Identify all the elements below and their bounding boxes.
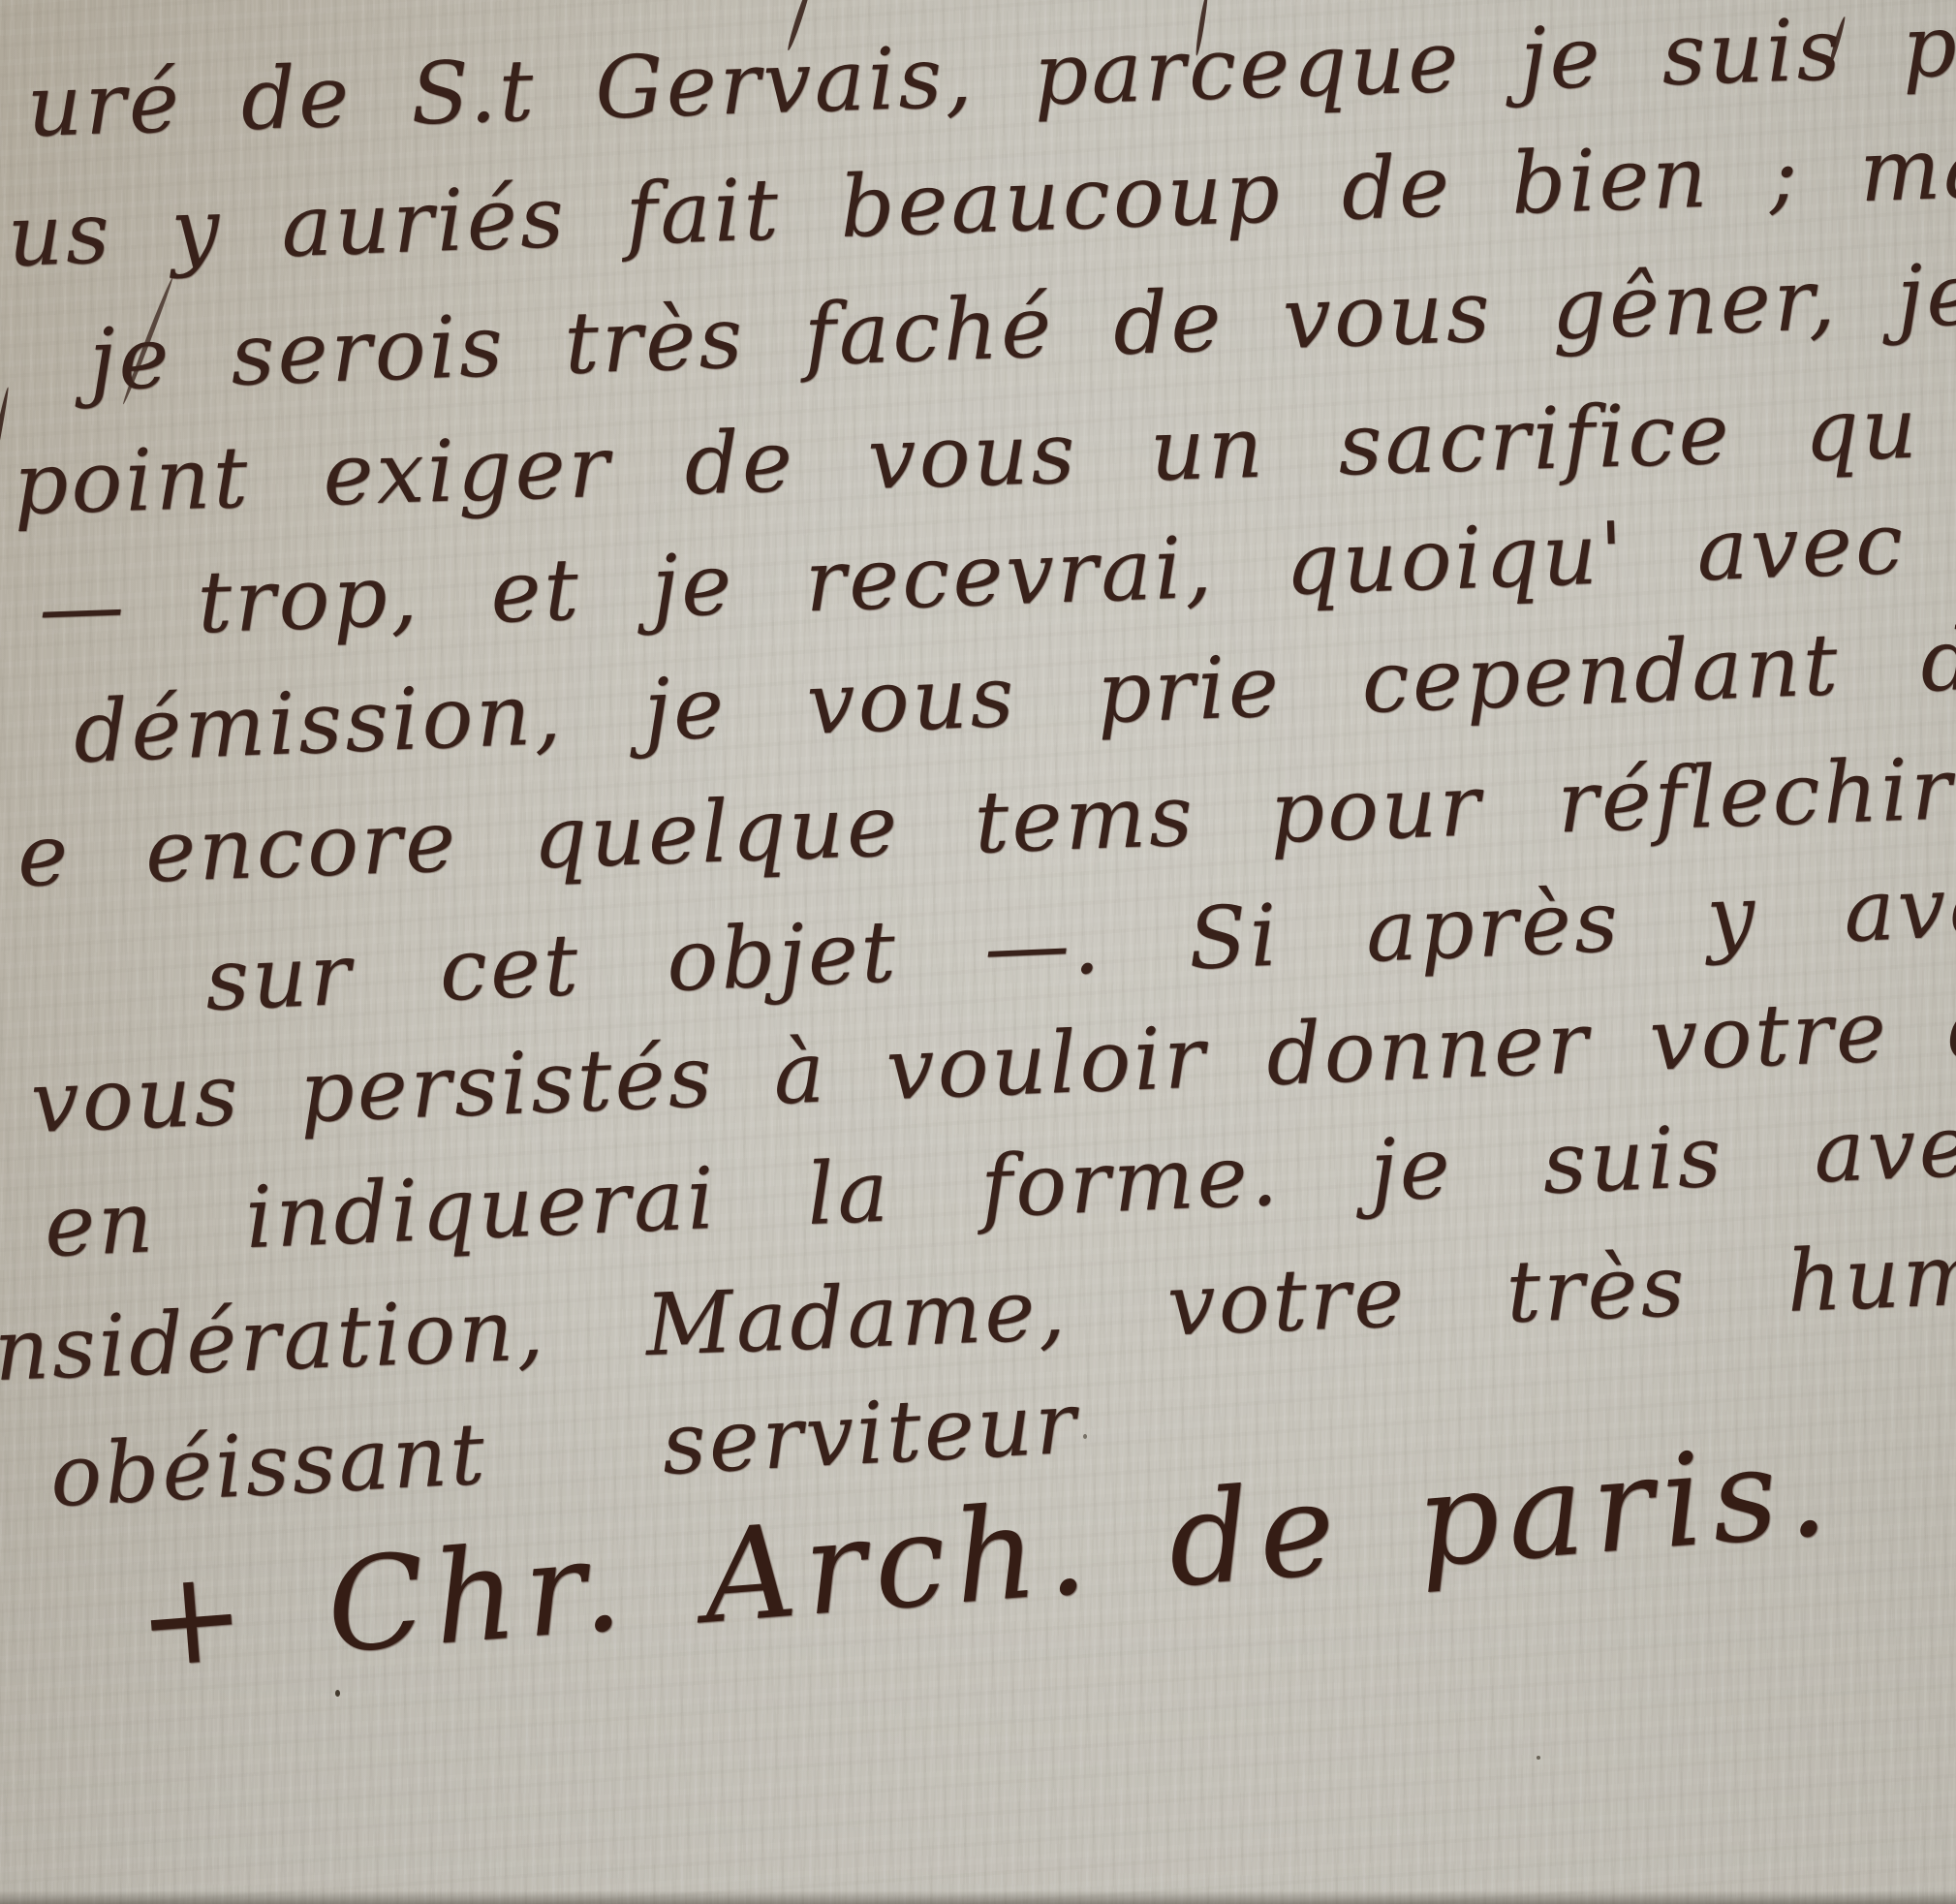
ink-speck — [1537, 1756, 1540, 1760]
ink-speck — [335, 1690, 340, 1697]
ink-speck — [1083, 1434, 1087, 1439]
ink-stroke-fragment — [0, 387, 11, 535]
manuscript-photograph: uré de S.t Gervais, parceque je suis pe … — [0, 0, 1956, 1904]
photo-edge-shadow — [0, 1890, 1956, 1904]
